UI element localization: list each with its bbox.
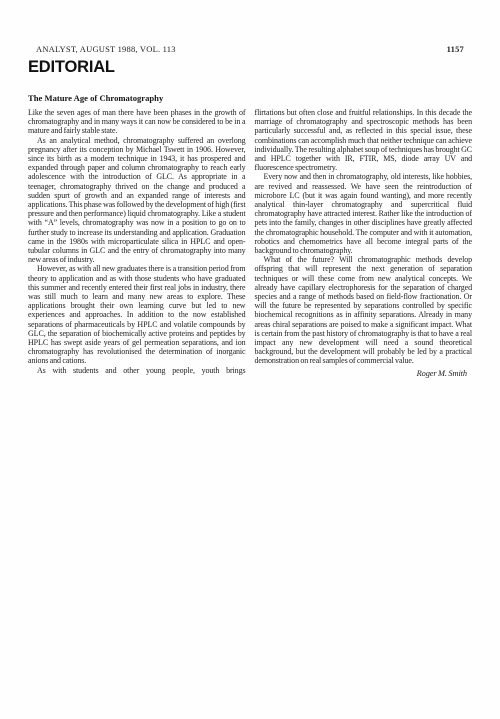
paragraph-continuation: flirtations but often close and fruitful… xyxy=(255,108,473,172)
paragraph: However, as with all new graduates there… xyxy=(28,264,246,365)
running-head: ANALYST, AUGUST 1988, VOL. 113 1157 xyxy=(36,44,464,54)
paragraph: Every now and then in chromatography, ol… xyxy=(255,172,473,255)
two-column-body: Like the seven ages of man there have be… xyxy=(28,108,472,378)
editorial-article: The Mature Age of Chromatography Like th… xyxy=(28,93,472,378)
right-column: flirtations but often close and fruitful… xyxy=(255,108,473,378)
paragraph: What of the future? Will chromatographic… xyxy=(255,255,473,365)
journal-page: ANALYST, AUGUST 1988, VOL. 113 1157 EDIT… xyxy=(0,0,500,719)
article-title: The Mature Age of Chromatography xyxy=(28,93,472,103)
left-column: Like the seven ages of man there have be… xyxy=(28,108,246,378)
journal-header-text: ANALYST, AUGUST 1988, VOL. 113 xyxy=(36,44,176,54)
paragraph: Like the seven ages of man there have be… xyxy=(28,108,246,136)
author-signature: Roger M. Smith xyxy=(255,369,468,378)
paragraph: As an analytical method, chromatography … xyxy=(28,136,246,265)
section-title: EDITORIAL xyxy=(28,58,115,77)
page-number: 1157 xyxy=(447,44,464,54)
paragraph-continuation: As with students and other young people,… xyxy=(28,366,246,375)
